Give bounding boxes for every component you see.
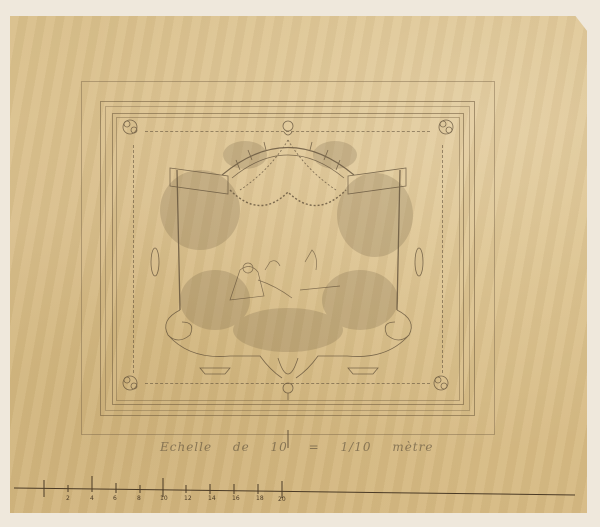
svg-text:16: 16	[232, 495, 240, 502]
svg-text:2: 2	[66, 495, 70, 502]
svg-text:14: 14	[208, 495, 216, 502]
scale-bar: 2 4 6 8 10 12 14 16 18 20	[0, 0, 600, 527]
svg-text:8: 8	[137, 495, 141, 502]
svg-text:10: 10	[160, 495, 168, 502]
svg-text:12: 12	[184, 495, 192, 502]
svg-text:20: 20	[278, 496, 286, 503]
svg-text:4: 4	[90, 495, 94, 502]
svg-text:18: 18	[256, 495, 264, 502]
svg-text:6: 6	[113, 495, 117, 502]
